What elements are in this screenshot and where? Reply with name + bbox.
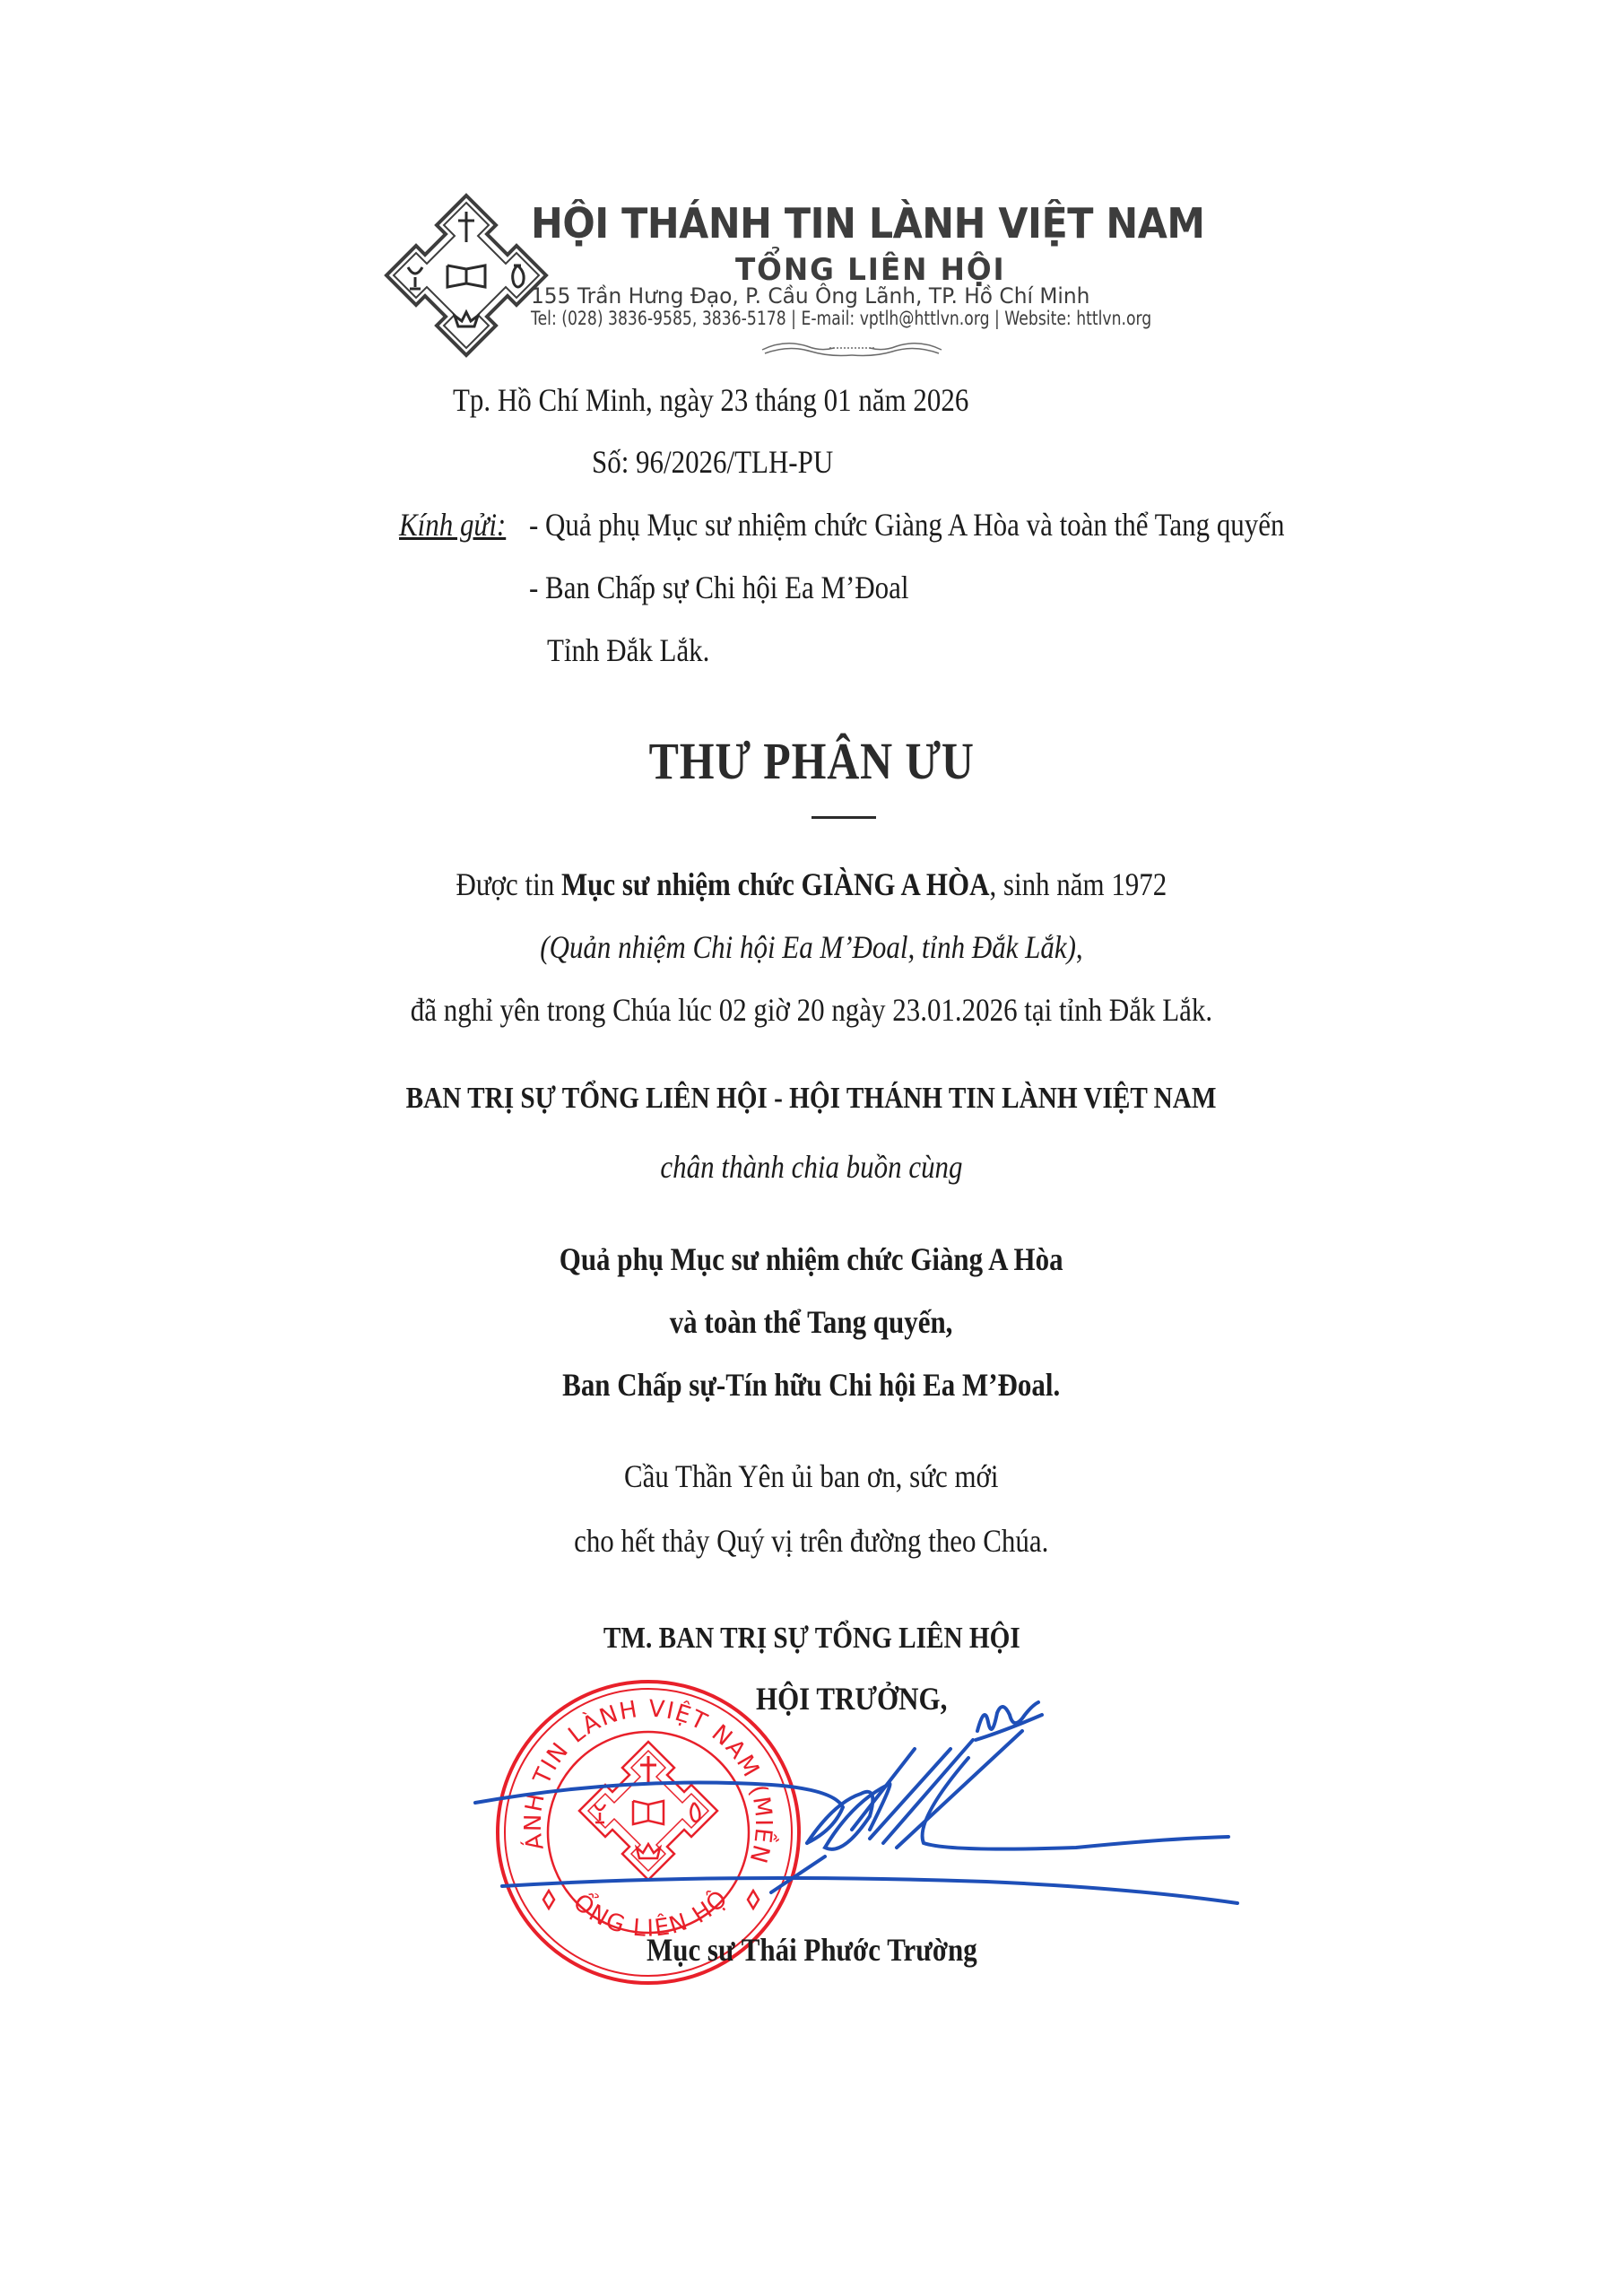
signer-name: Mục sư Thái Phước Trường xyxy=(0,1931,1623,1969)
title-divider xyxy=(811,816,876,819)
svg-text:HỘI THÁNH TIN LÀNH VIỆT NAM (M: HỘI THÁNH TIN LÀNH VIỆT NAM (MIỀN NAM) xyxy=(491,1675,781,1867)
reference-number: Số: 96/2026/TLH-PU xyxy=(592,443,833,481)
document-title: THƯ PHÂN ƯU xyxy=(0,731,1623,791)
place-date: Tp. Hồ Chí Minh, ngày 23 tháng 01 năm 20… xyxy=(453,381,968,419)
blessing-line: Cầu Thần Yên ủi ban ơn, sức mới xyxy=(0,1457,1623,1495)
passing-line: đã nghỉ yên trong Chúa lúc 02 giờ 20 ngà… xyxy=(0,991,1623,1029)
org-address: 155 Trần Hưng Đạo, P. Cầu Ông Lãnh, TP. … xyxy=(531,283,1089,309)
condolence-line: Quả phụ Mục sư nhiệm chức Giàng A Hòa xyxy=(0,1240,1623,1278)
condolence-line: Ban Chấp sự-Tín hữu Chi hội Ea M’Đoal. xyxy=(0,1366,1623,1404)
recipient-line: Tỉnh Đắk Lắk. xyxy=(547,631,709,669)
ornament-divider-icon xyxy=(758,337,946,361)
deceased-role: (Quản nhiệm Chi hội Ea M’Đoal, tỉnh Đắk … xyxy=(0,928,1623,966)
recipient-line: - Ban Chấp sự Chi hội Ea M’Đoal xyxy=(529,569,909,606)
letter-page: HỘI THÁNH TIN LÀNH VIỆT NAM TỔNG LIÊN HỘ… xyxy=(0,0,1623,2296)
sender-body: BAN TRỊ SỰ TỔNG LIÊN HỘI - HỘI THÁNH TIN… xyxy=(0,1082,1623,1116)
cross-emblem-icon xyxy=(381,190,551,361)
announcement-line: Được tin Mục sư nhiệm chức GIÀNG A HÒA, … xyxy=(0,865,1623,903)
signature-position: HỘI TRƯỞNG, xyxy=(756,1680,978,1718)
org-subname: TỔNG LIÊN HỘI xyxy=(735,252,1006,288)
blessing-line: cho hết thảy Quý vị trên đường theo Chúa… xyxy=(0,1522,1623,1560)
sender-phrase: chân thành chia buồn cùng xyxy=(0,1148,1623,1186)
signature-on-behalf: TM. BAN TRỊ SỰ TỔNG LIÊN HỘI xyxy=(0,1622,1623,1656)
deceased-name: Mục sư nhiệm chức GIÀNG A HÒA xyxy=(561,866,990,902)
recipient-line: - Quả phụ Mục sư nhiệm chức Giàng A Hòa … xyxy=(529,506,1284,544)
condolence-line: và toàn thể Tang quyến, xyxy=(0,1303,1623,1341)
org-contact: Tel: (028) 3836-9585, 3836-5178 | E-mail… xyxy=(531,308,1151,329)
recipients-label: Kính gửi: xyxy=(399,506,506,544)
org-name: HỘI THÁNH TIN LÀNH VIỆT NAM xyxy=(531,199,1204,248)
